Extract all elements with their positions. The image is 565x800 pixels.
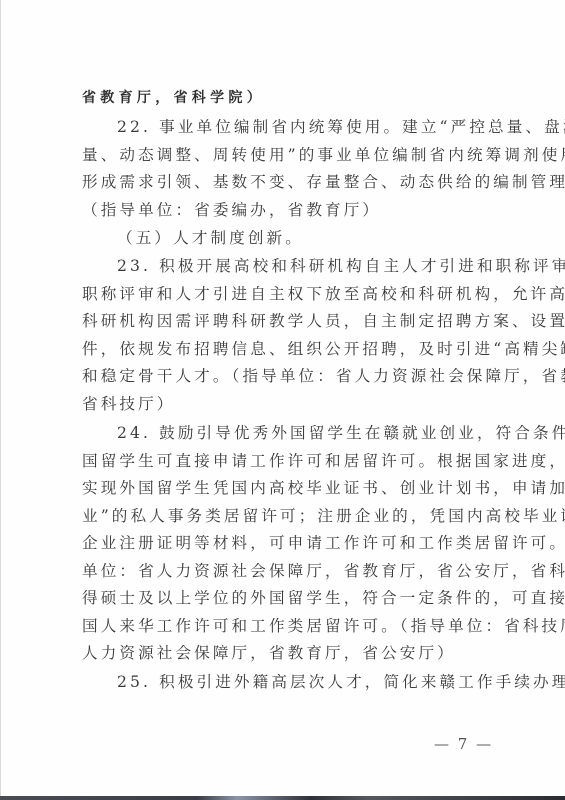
text-line: 和稳定骨干人才。（指导单位：省人力资源社会保障厅，省教育厅， bbox=[82, 366, 502, 386]
text-line: 职称评审和人才引进自主权下放至高校和科研机构，允许高校和 bbox=[82, 284, 502, 304]
text-line: 省教育厅，省科学院） bbox=[82, 88, 502, 108]
text-line: 22. 事业单位编制省内统筹使用。建立“严控总量、盘活存 bbox=[117, 117, 502, 137]
scan-bottom-edge bbox=[0, 796, 565, 800]
text-line: 科研机构因需评聘科研教学人员，自主制定招聘方案、设置岗位条 bbox=[82, 311, 502, 331]
text-line: 国人来华工作许可和工作类居留许可。（指导单位：省科技厅，省 bbox=[82, 616, 502, 636]
text-line: 实现外国留学生凭国内高校毕业证书、创业计划书，申请加注“创 bbox=[82, 478, 502, 498]
text-line: 省科技厅） bbox=[82, 394, 502, 414]
text-line: 形成需求引领、基数不变、存量整合、动态供给的编制管理新模式。 bbox=[82, 172, 502, 192]
text-line: 企业注册证明等材料，可申请工作许可和工作类居留许可。（指导 bbox=[82, 533, 502, 553]
text-line: 件，依规发布招聘信息、组织公开招聘，及时引进“高精尖缺”人才 bbox=[82, 339, 502, 359]
text-line: 量、动态调整、周转使用”的事业单位编制省内统筹调剂使用制度， bbox=[82, 145, 502, 165]
scan-left-edge bbox=[0, 0, 1, 797]
text-line: （五）人才制度创新。 bbox=[117, 228, 502, 248]
text-line: 24. 鼓励引导优秀外国留学生在赣就业创业，符合条件的外 bbox=[117, 423, 502, 443]
document-page: 省教育厅，省科学院）22. 事业单位编制省内统筹使用。建立“严控总量、盘活存量、… bbox=[0, 0, 565, 797]
text-line: 国留学生可直接申请工作许可和居留许可。根据国家进度，尽早 bbox=[82, 451, 502, 471]
text-line: 25. 积极引进外籍高层次人才，简化来赣工作手续办理流程。 bbox=[117, 672, 502, 692]
text-line: （指导单位：省委编办，省教育厅） bbox=[82, 200, 502, 220]
text-line: 人力资源社会保障厅，省教育厅，省公安厅） bbox=[82, 643, 502, 663]
text-line: 业”的私人事务类居留许可；注册企业的，凭国内高校毕业证书和 bbox=[82, 506, 502, 526]
text-line: 得硕士及以上学位的外国留学生，符合一定条件的，可直接申请外 bbox=[82, 588, 502, 608]
text-line: 单位：省人力资源社会保障厅，省教育厅，省公安厅，省科技厅）获 bbox=[82, 561, 502, 581]
text-line: 23. 积极开展高校和科研机构自主人才引进和职称评审。将 bbox=[117, 256, 502, 276]
page-number: — 7 — bbox=[434, 735, 493, 753]
